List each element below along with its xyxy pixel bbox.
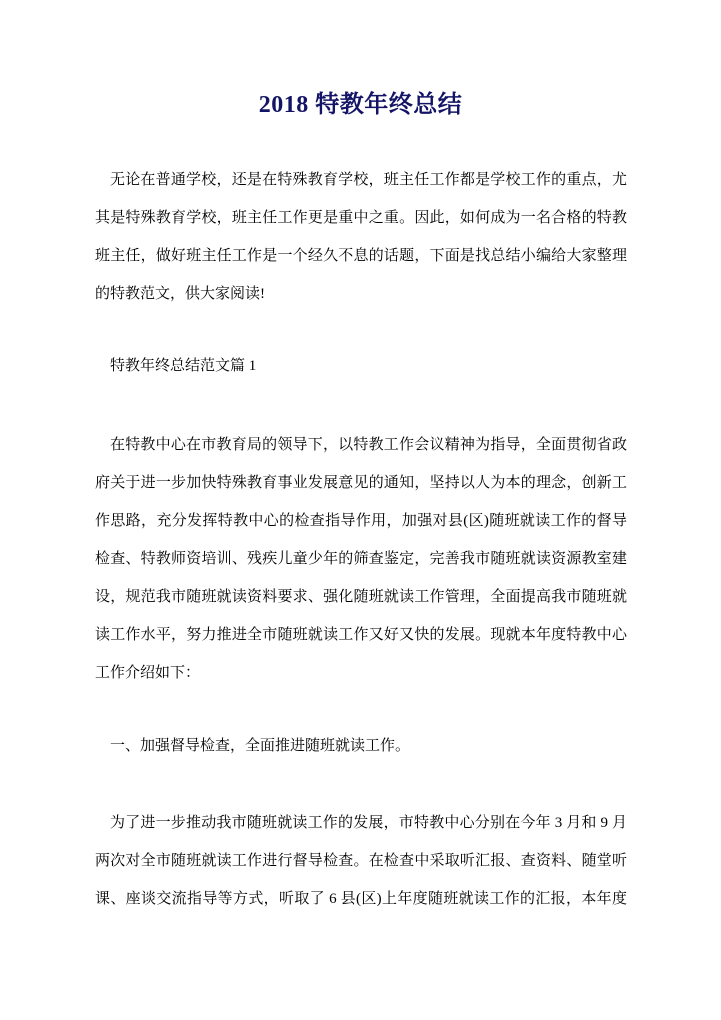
paragraph-line: 作思路，充分发挥特教中心的检查指导作用，加强对县(区)随班就读工作的督导 [95, 502, 627, 540]
section1-paragraph: 在特教中心在市教育局的领导下，以特教工作会议精神为指导，全面贯彻省政 府关于进一… [95, 426, 627, 692]
paragraph-line: 设，规范我市随班就读资料要求、强化随班就读工作管理，全面提高我市随班就 [95, 578, 627, 616]
paragraph-line: 其是特殊教育学校，班主任工作更是重中之重。因此，如何成为一名合格的特教 [95, 199, 627, 237]
paragraph-line: 为了进一步推动我市随班就读工作的发展，市特教中心分别在今年 3 月和 9 月 [95, 804, 627, 842]
paragraph-line: 无论在普通学校，还是在特殊教育学校，班主任工作都是学校工作的重点，尤 [95, 161, 627, 199]
paragraph-line: 两次对全市随班就读工作进行督导检查。在检查中采取听汇报、查资料、随堂听 [95, 842, 627, 880]
section2-heading-block: 一、加强督导检查，全面推进随班就读工作。 [95, 727, 627, 765]
section-heading: 一、加强督导检查，全面推进随班就读工作。 [95, 727, 627, 765]
paragraph-line: 检查、特教师资培训、残疾儿童少年的筛查鉴定，完善我市随班就读资源教室建 [95, 540, 627, 578]
section2-paragraph: 为了进一步推动我市随班就读工作的发展，市特教中心分别在今年 3 月和 9 月 两… [95, 804, 627, 918]
intro-paragraph: 无论在普通学校，还是在特殊教育学校，班主任工作都是学校工作的重点，尤 其是特殊教… [95, 161, 627, 313]
document-page: 2018 特教年终总结 无论在普通学校，还是在特殊教育学校，班主任工作都是学校工… [0, 0, 721, 1020]
paragraph-line: 的特教范文，供大家阅读! [95, 275, 627, 313]
section1-heading-block: 特教年终总结范文篇 1 [95, 347, 627, 385]
paragraph-line: 读工作水平，努力推进全市随班就读工作又好又快的发展。现就本年度特教中心 [95, 616, 627, 654]
paragraph-line: 课、座谈交流指导等方式，听取了 6 县(区)上年度随班就读工作的汇报，本年度 [95, 880, 627, 918]
paragraph-line: 府关于进一步加快特殊教育事业发展意见的通知，坚持以人为本的理念，创新工 [95, 464, 627, 502]
paragraph-line: 工作介绍如下： [95, 654, 627, 692]
paragraph-line: 班主任，做好班主任工作是一个经久不息的话题，下面是找总结小编给大家整理 [95, 237, 627, 275]
section-heading: 特教年终总结范文篇 1 [95, 347, 627, 385]
document-title: 2018 特教年终总结 [0, 84, 721, 119]
paragraph-line: 在特教中心在市教育局的领导下，以特教工作会议精神为指导，全面贯彻省政 [95, 426, 627, 464]
